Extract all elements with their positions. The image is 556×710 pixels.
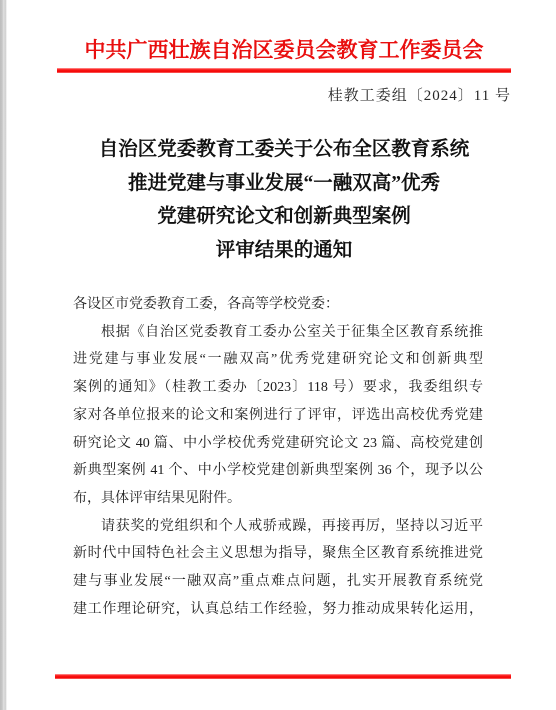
body-line: 建与事业发展“一融双高”重点难点问题，扎实开展教育系统党 — [73, 568, 483, 596]
letterhead-org-name: 中共广西壮族自治区委员会教育工作委员会 — [57, 37, 511, 63]
document-title: 自治区党委教育工委关于公布全区教育系统 推进党建与事业发展“一融双高”优秀 党建… — [57, 133, 511, 267]
title-line-3: 党建研究论文和创新典型案例 — [57, 200, 511, 234]
title-line-1: 自治区党委教育工委关于公布全区教育系统 — [57, 133, 511, 167]
letterhead-divider-line — [57, 68, 511, 73]
body-line: 案例的通知》（桂教工委办〔2023〕118 号）要求，我委组织专 — [73, 374, 483, 402]
body-line: 家对各单位报来的论文和案例进行了评审，评选出高校优秀党建 — [73, 402, 483, 430]
body-line: 建工作理论研究，认真总结工作经验，努力推动成果转化运用， — [73, 596, 483, 624]
document-body: 各设区市党委教育工委，各高等学校党委： 根据《自治区党委教育工委办公室关于征集全… — [73, 291, 483, 623]
footer-divider-line — [55, 674, 511, 679]
body-line: 进党建与事业发展“一融双高”优秀党建研究论文和创新典型 — [73, 346, 483, 374]
title-line-2: 推进党建与事业发展“一融双高”优秀 — [57, 167, 511, 201]
document-content: 中共广西壮族自治区委员会教育工作委员会 桂教工委组〔2024〕11 号 自治区党… — [57, 0, 511, 710]
body-line: 请获奖的党组织和个人戒骄戒躁，再接再厉，坚持以习近平 — [73, 513, 483, 541]
salutation-line: 各设区市党委教育工委，各高等学校党委： — [73, 291, 483, 319]
body-line: 根据《自治区党委教育工委办公室关于征集全区教育系统推 — [73, 319, 483, 347]
body-line: 新典型案例 41 个、中小学校党建创新典型案例 36 个，现予以公 — [73, 457, 483, 485]
body-line: 布，具体评审结果见附件。 — [73, 485, 483, 513]
body-line: 研究论文 40 篇、中小学校优秀党建研究论文 23 篇、高校党建创 — [73, 430, 483, 458]
title-line-4: 评审结果的通知 — [57, 234, 511, 268]
document-page: 中共广西壮族自治区委员会教育工作委员会 桂教工委组〔2024〕11 号 自治区党… — [0, 0, 556, 710]
page-scan-edge — [0, 0, 7, 710]
body-line: 新时代中国特色社会主义思想为指导，聚焦全区教育系统推进党 — [73, 540, 483, 568]
document-reference-number: 桂教工委组〔2024〕11 号 — [328, 84, 511, 105]
